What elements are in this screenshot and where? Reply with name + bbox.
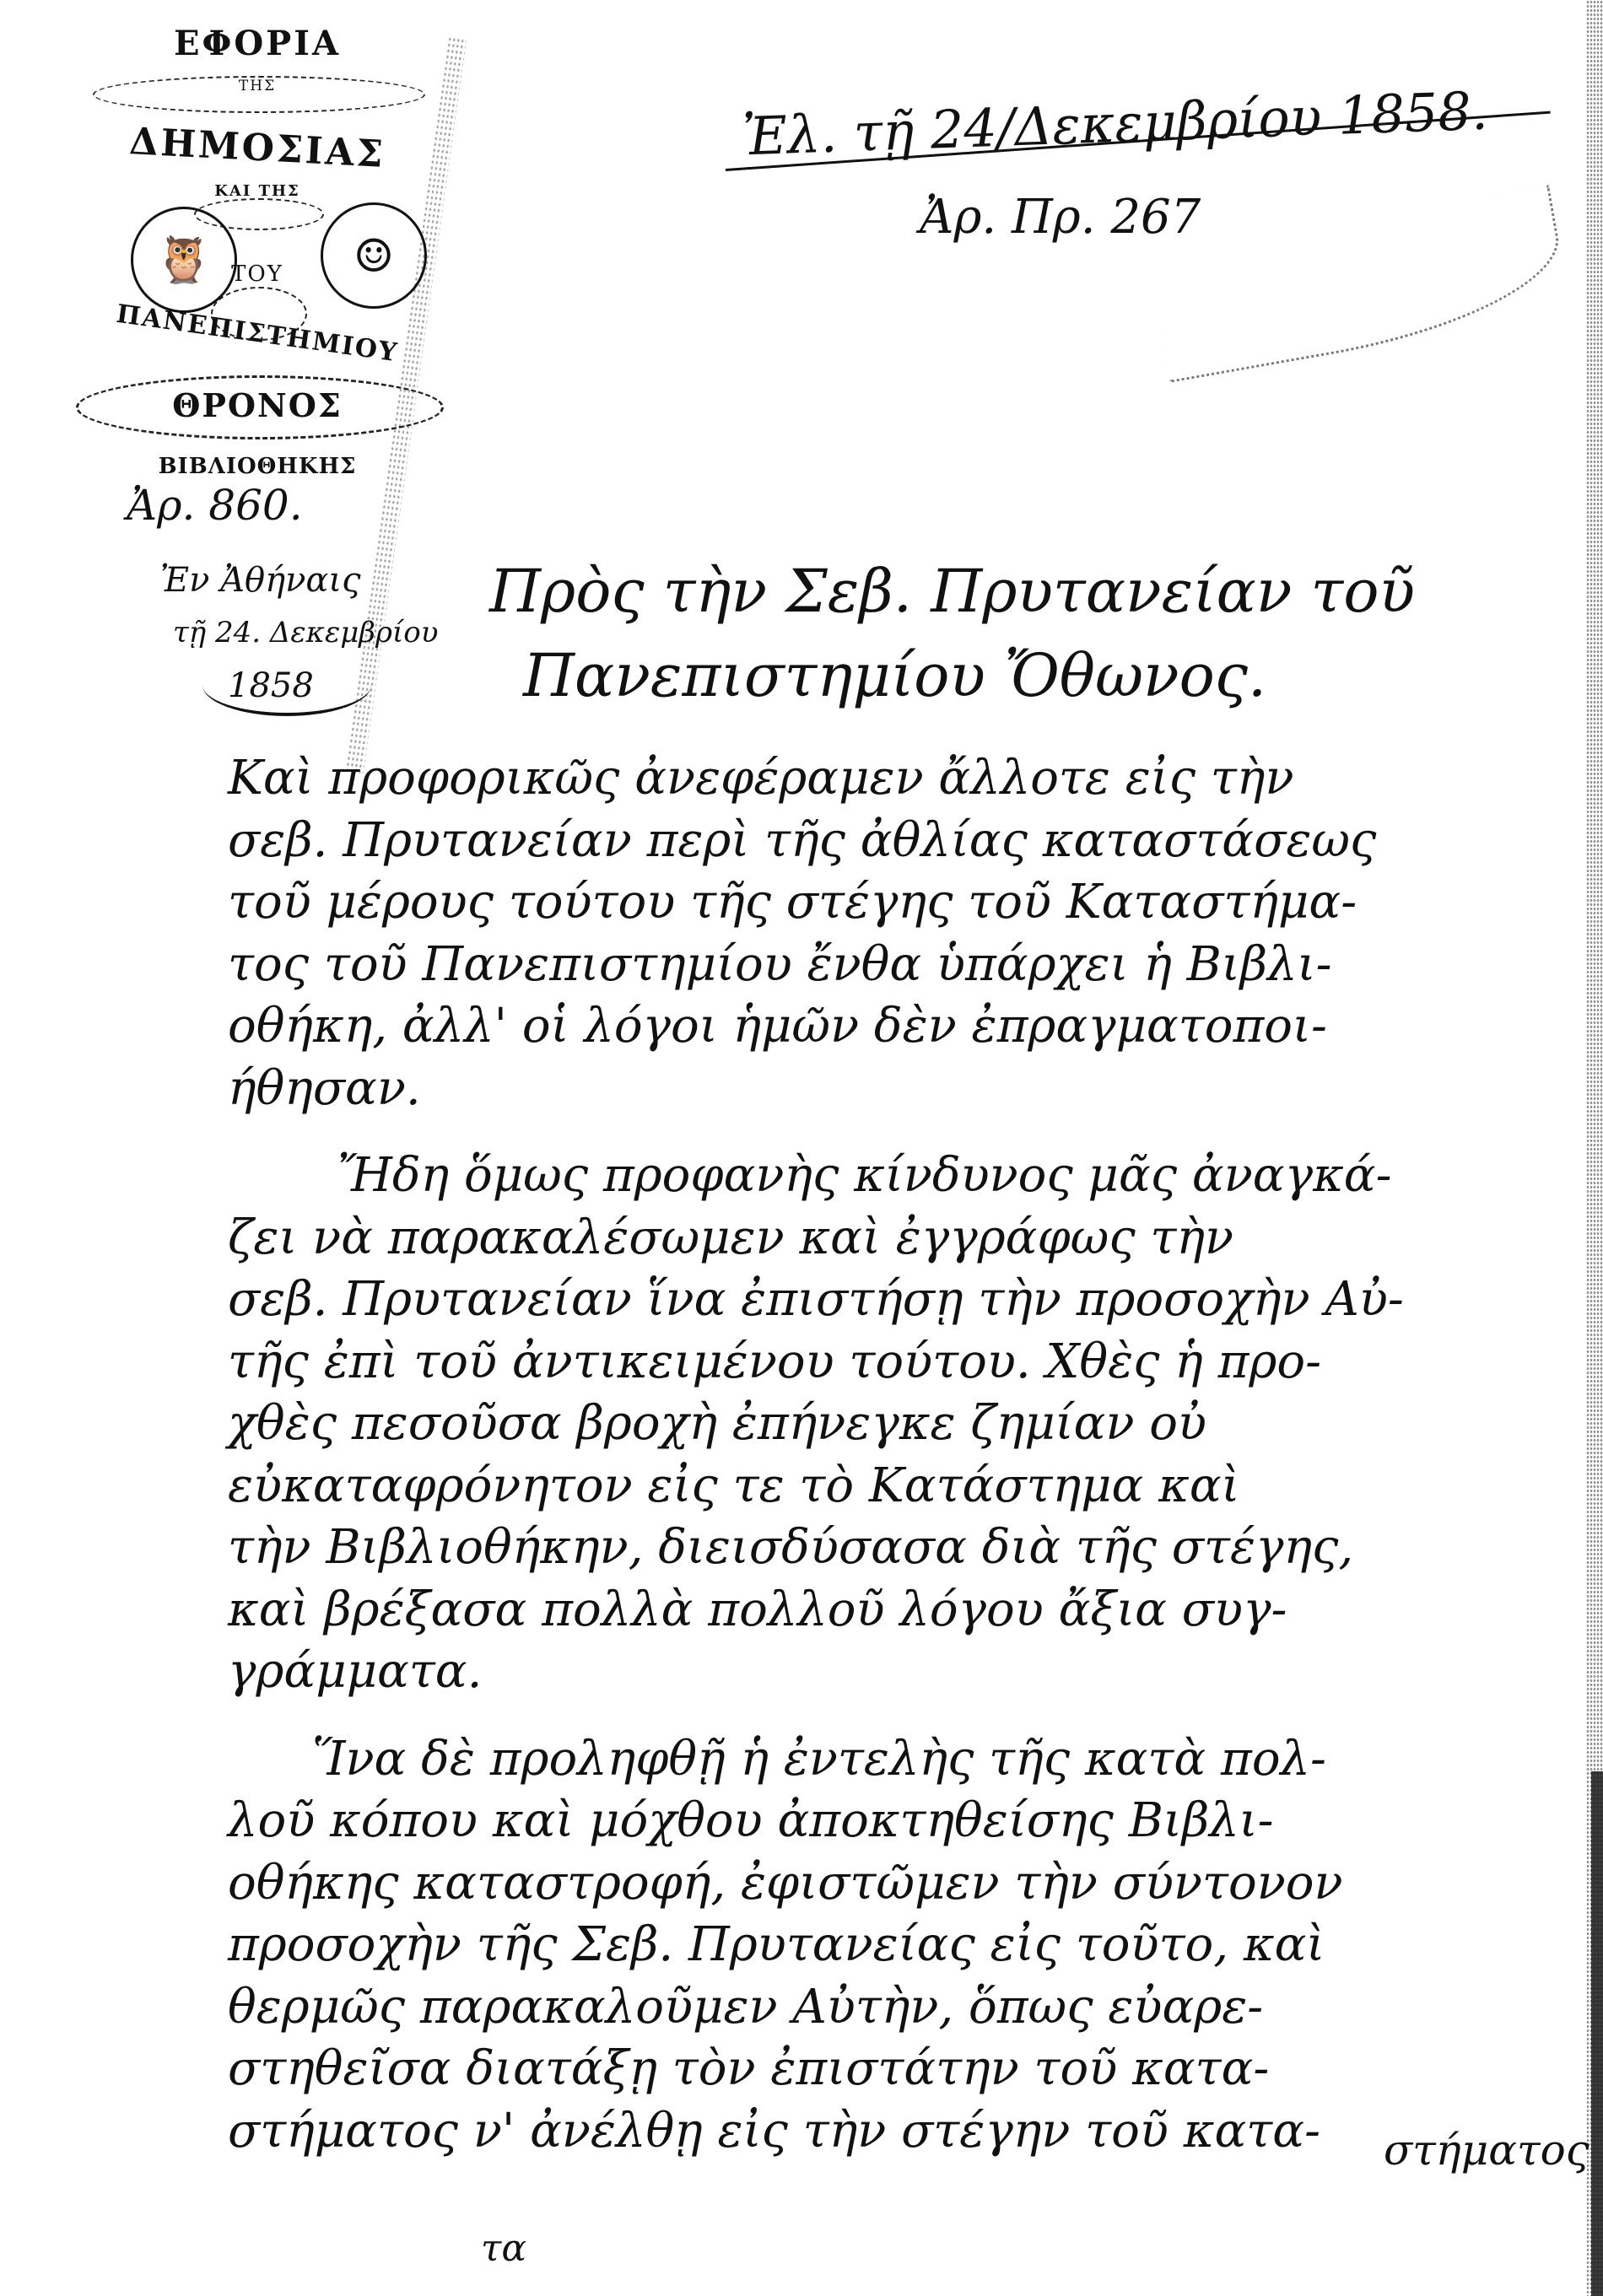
paper-stain bbox=[1147, 185, 1571, 383]
body-line: λοῦ κόπου καὶ μόχθου ἀποκτηθείσης Βιβλι- bbox=[228, 1793, 1274, 1848]
scan-right-edge-shadow bbox=[1591, 1771, 1603, 2296]
letterhead-tis: ΤΗΣ bbox=[93, 78, 422, 94]
body-line: σεβ. Πρυτανείαν ἵνα ἐπιστήσῃ τὴν προσοχὴ… bbox=[228, 1272, 1404, 1327]
body-line: καὶ βρέξασα πολλὰ πολλοῦ λόγου ἄξια συγ- bbox=[228, 1582, 1287, 1637]
body-line: ήθησαν. bbox=[228, 1061, 421, 1116]
letterhead-ephoria: ΕΦΟΡΙΑ bbox=[93, 24, 422, 63]
body-line: σεβ. Πρυτανείαν περὶ τῆς ἀθλίας καταστάσ… bbox=[228, 813, 1376, 868]
body-line: Ἵνα δὲ προληφθῇ ἡ ἐντελὴς τῆς κατὰ πολ- bbox=[312, 1732, 1326, 1787]
body-line: οθήκη, ἀλλ' οἱ λόγοι ἡμῶν δὲν ἐπραγματοπ… bbox=[228, 999, 1327, 1054]
body-line: Ἤδη ὅμως προφανὴς κίνδυνος μᾶς ἀναγκά- bbox=[337, 1148, 1392, 1203]
protocol-number-note: Ἀρ. Πρ. 267 bbox=[920, 190, 1201, 245]
body-line: τῆς ἐπὶ τοῦ ἀντικειμένου τούτου. Χθὲς ἡ … bbox=[228, 1334, 1321, 1389]
letterhead-thronos: ΘΡΟΝΟΣ bbox=[93, 386, 422, 424]
athena-head-coin-icon: ☺ bbox=[321, 202, 427, 309]
reference-number: Ἀρ. 860. bbox=[127, 481, 303, 530]
body-line: στήματος ν' ἀνέλθῃ εἰς τὴν στέγην τοῦ κα… bbox=[228, 2104, 1320, 2159]
body-line: προσοχὴν τῆς Σεβ. Πρυτανείας εἰς τοῦτο, … bbox=[228, 1917, 1325, 1972]
body-line: οθήκης καταστροφή, ἐφιστῶμεν τὴν σύντονο… bbox=[228, 1856, 1343, 1911]
letterhead-demosias: ΔΗΜΟΣΙΑΣ bbox=[92, 118, 423, 178]
body-line: τος τοῦ Πανεπιστημίου ἔνθα ὑπάρχει ἡ Βιβ… bbox=[228, 937, 1332, 992]
body-line: χθὲς πεσοῦσα βροχὴ ἐπήνεγκε ζημίαν οὐ bbox=[228, 1396, 1206, 1451]
body-line: γράμματα. bbox=[228, 1644, 482, 1699]
body-line: τὴν Βιβλιοθήκην, διεισδύσασα διὰ τῆς στέ… bbox=[228, 1520, 1353, 1575]
letterhead-seal: ΕΦΟΡΙΑ ΤΗΣ ΔΗΜΟΣΙΑΣ ΚΑΙ ΤΗΣ 🦉 ΤΟΥ ☺ ΠΑΝΕ… bbox=[93, 17, 422, 455]
issue-year: 1858 bbox=[228, 666, 314, 705]
body-line: στηθεῖσα διατάξῃ τὸν ἐπιστάτην τοῦ κατα- bbox=[228, 2041, 1269, 2096]
letterhead-vivliothikis: ΒΙΒΛΙΟΘΗΚΗΣ bbox=[93, 454, 422, 479]
issue-date: τῇ 24. Δεκεμβρίου bbox=[173, 616, 438, 649]
catchword: στήματος bbox=[1384, 2126, 1590, 2175]
addressee-line-2: Πανεπιστημίου Ὄθωνος. bbox=[523, 641, 1266, 710]
body-line: τοῦ μέρους τούτου τῆς στέγης τοῦ Καταστή… bbox=[228, 875, 1357, 930]
addressee-line-1: Πρὸς τὴν Σεβ. Πρυτανείαν τοῦ bbox=[489, 557, 1415, 626]
body-line: θερμῶς παρακαλοῦμεν Αὐτὴν, ὅπως εὐαρε- bbox=[228, 1980, 1263, 2035]
issue-place: Ἐν Ἀθήναις bbox=[160, 561, 361, 600]
footer-mark: τα bbox=[481, 2227, 526, 2270]
body-line: Καὶ προφορικῶς ἀνεφέραμεν ἄλλοτε εἰς τὴν bbox=[228, 751, 1294, 806]
body-line: ζει νὰ παρακαλέσωμεν καὶ ἐγγράφως τὴν bbox=[228, 1210, 1233, 1265]
body-line: εὐκαταφρόνητον εἰς τε τὸ Κατάστημα καὶ bbox=[228, 1458, 1240, 1513]
letterhead-kai-tis: ΚΑΙ ΤΗΣ bbox=[93, 182, 422, 200]
